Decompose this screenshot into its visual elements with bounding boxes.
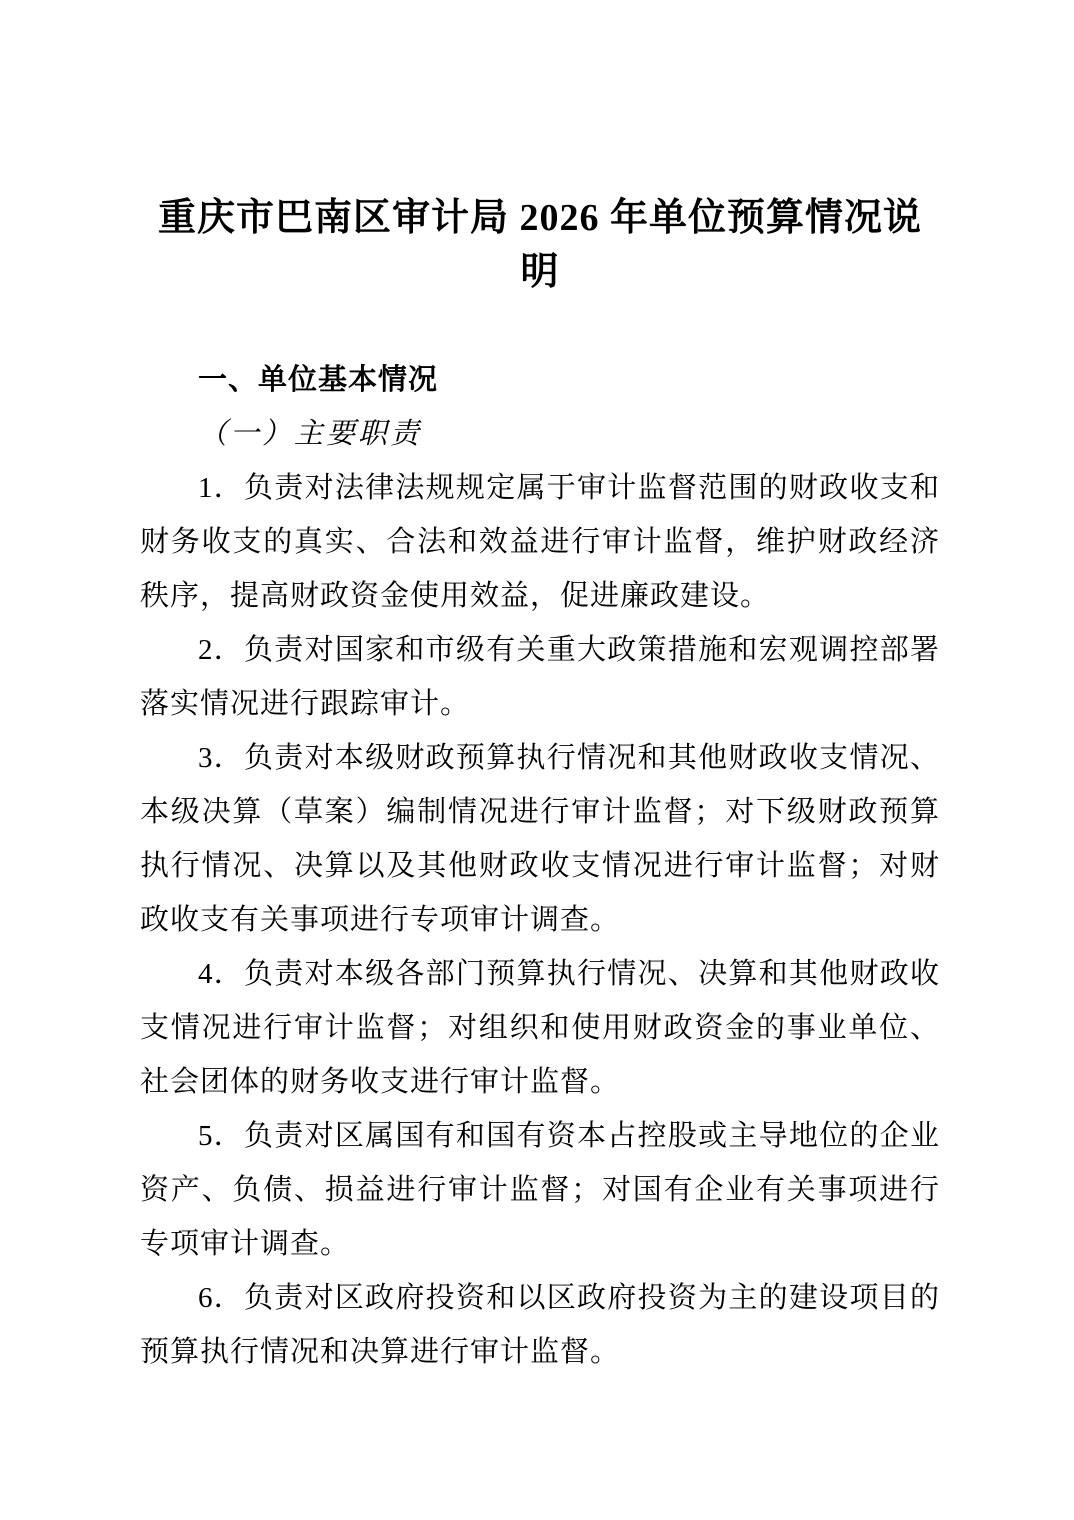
- document-body: 1．负责对法律法规规定属于审计监督范围的财政收支和财务收支的真实、合法和效益进行…: [140, 461, 940, 1379]
- document-page: 重庆市巴南区审计局 2026 年单位预算情况说明 一、单位基本情况 （一）主要职…: [0, 0, 1074, 1520]
- subsection-heading-main-duties: （一）主要职责: [140, 407, 940, 461]
- duty-paragraph-5: 5．负责对区属国有和国有资本占控股或主导地位的企业资产、负债、损益进行审计监督；…: [140, 1109, 940, 1271]
- duty-paragraph-1: 1．负责对法律法规规定属于审计监督范围的财政收支和财务收支的真实、合法和效益进行…: [140, 461, 940, 623]
- duty-paragraph-2: 2．负责对国家和市级有关重大政策措施和宏观调控部署落实情况进行跟踪审计。: [140, 623, 940, 731]
- document-title: 重庆市巴南区审计局 2026 年单位预算情况说明: [140, 191, 940, 299]
- section-heading-basic-info: 一、单位基本情况: [140, 353, 940, 407]
- duty-paragraph-3: 3．负责对本级财政预算执行情况和其他财政收支情况、本级决算（草案）编制情况进行审…: [140, 731, 940, 947]
- duty-paragraph-6: 6．负责对区政府投资和以区政府投资为主的建设项目的预算执行情况和决算进行审计监督…: [140, 1271, 940, 1379]
- duty-paragraph-4: 4．负责对本级各部门预算执行情况、决算和其他财政收支情况进行审计监督；对组织和使…: [140, 947, 940, 1109]
